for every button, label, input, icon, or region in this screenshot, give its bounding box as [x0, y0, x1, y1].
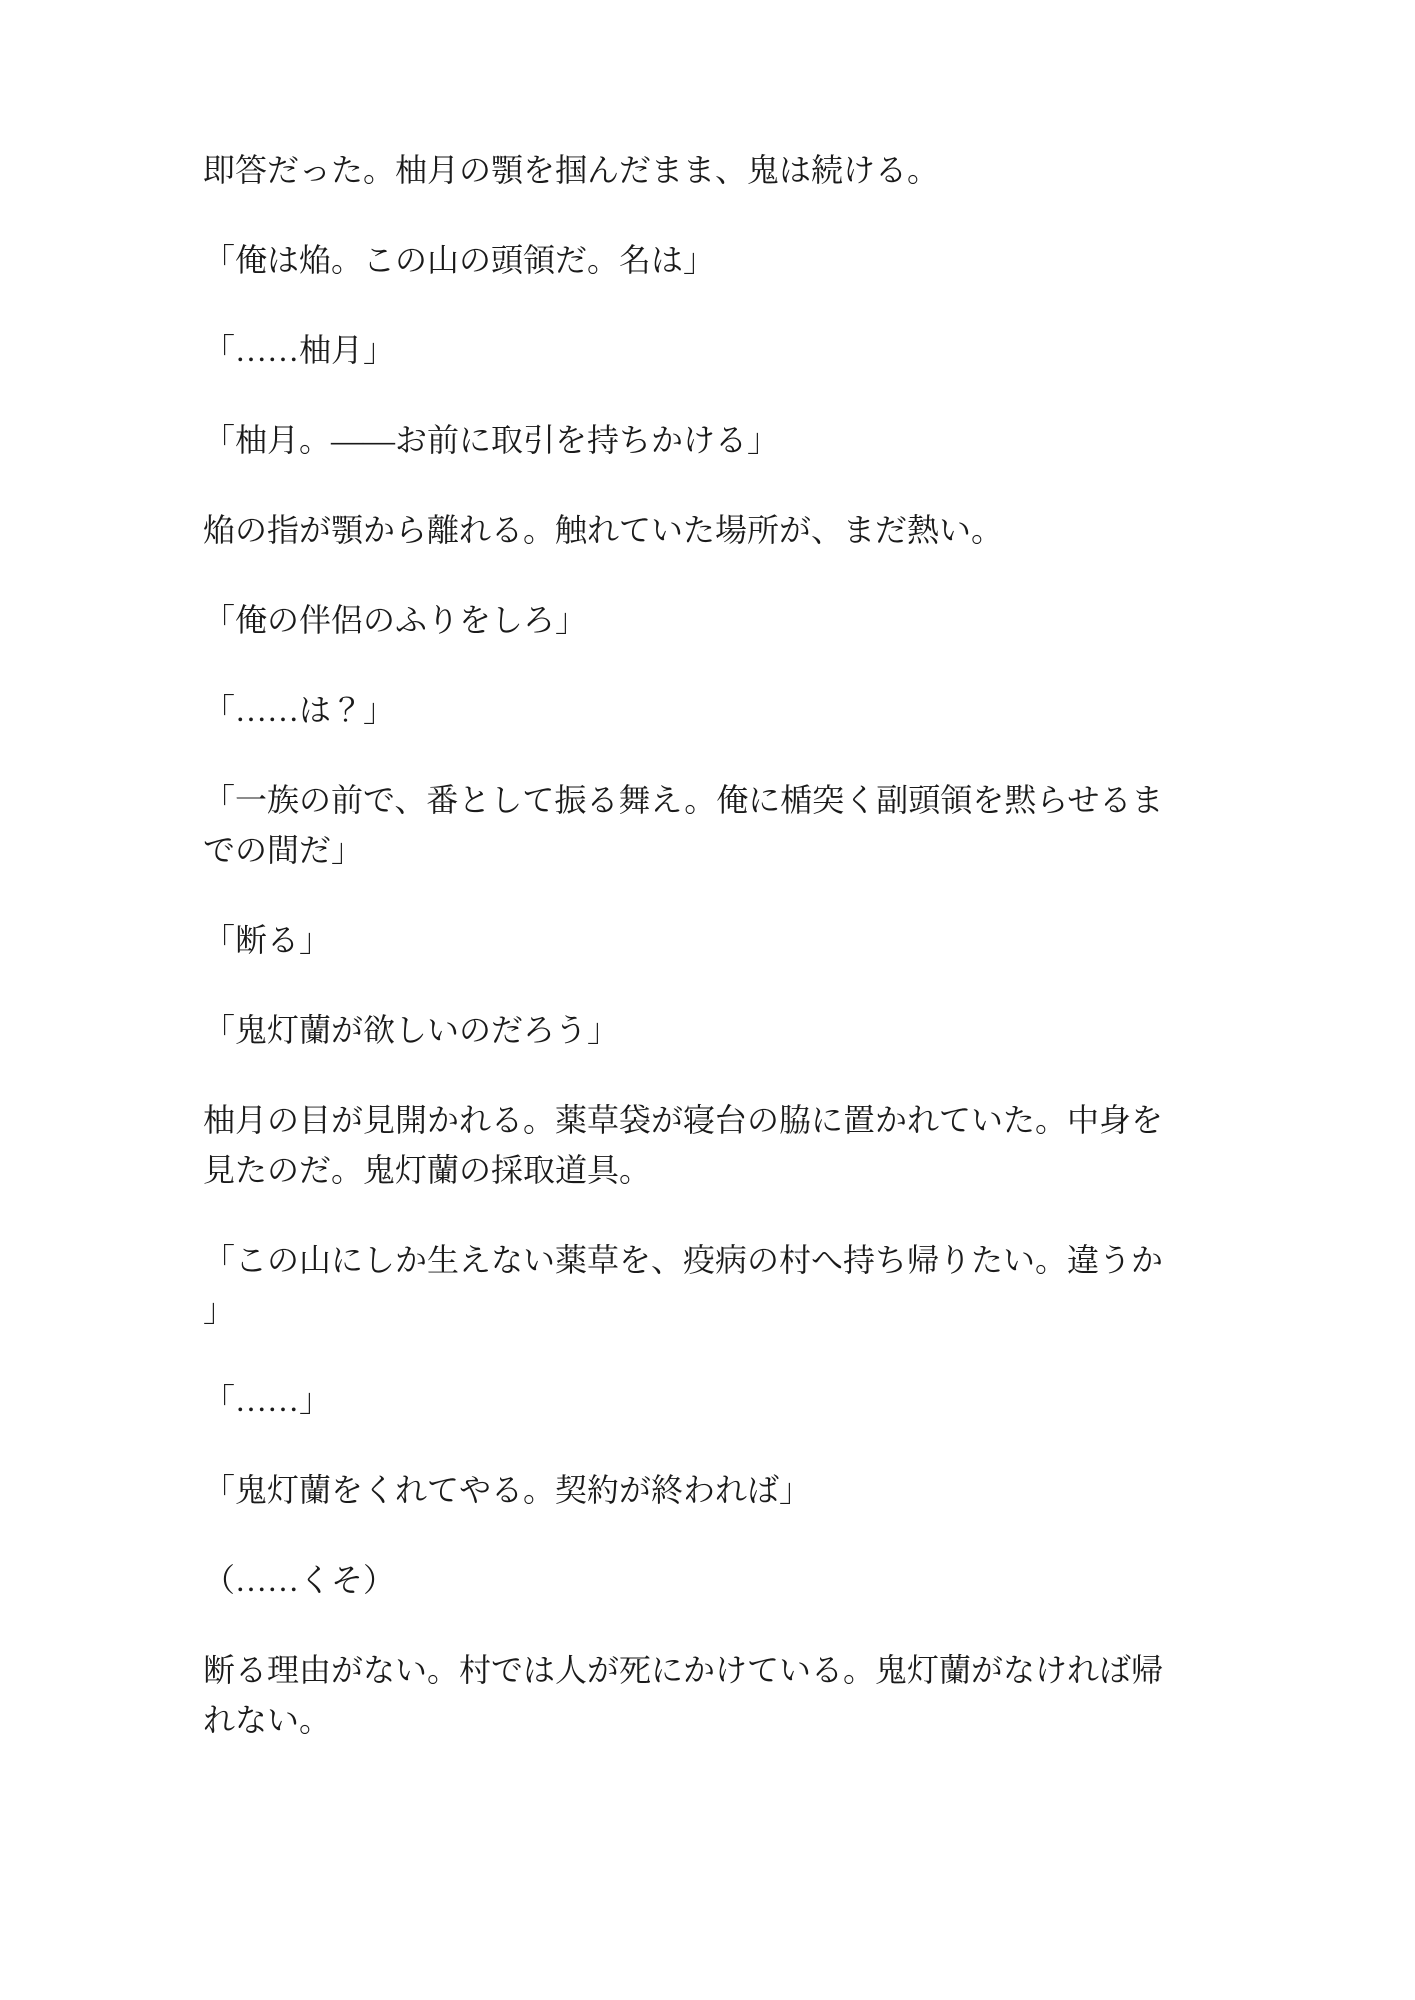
- dialogue-paragraph: 「俺の伴侶のふりをしろ」: [203, 595, 1205, 645]
- dialogue-paragraph: 「この山にしか生えない薬草を、疫病の村へ持ち帰りたい。違うか 」: [203, 1235, 1205, 1335]
- dialogue-paragraph: 「断る」: [203, 915, 1205, 965]
- narration-paragraph: 断る理由がない。村では人が死にかけている。鬼灯蘭がなければ帰 れない。: [203, 1645, 1205, 1745]
- dialogue-paragraph: 「柚月。――お前に取引を持ちかける」: [203, 415, 1205, 465]
- story-text-block: 即答だった。柚月の顎を掴んだまま、鬼は続ける。 「俺は焔。この山の頭領だ。名は」…: [203, 145, 1205, 1745]
- dialogue-paragraph: 「……は？」: [203, 685, 1205, 735]
- narration-paragraph: 柚月の目が見開かれる。薬草袋が寝台の脇に置かれていた。中身を 見たのだ。鬼灯蘭の…: [203, 1095, 1205, 1195]
- dialogue-paragraph: 「俺は焔。この山の頭領だ。名は」: [203, 235, 1205, 285]
- dialogue-paragraph: 「……柚月」: [203, 325, 1205, 375]
- dialogue-paragraph: 「鬼灯蘭をくれてやる。契約が終われば」: [203, 1465, 1205, 1515]
- narration-paragraph: 即答だった。柚月の顎を掴んだまま、鬼は続ける。: [203, 145, 1205, 195]
- document-page: 即答だった。柚月の顎を掴んだまま、鬼は続ける。 「俺は焔。この山の頭領だ。名は」…: [0, 0, 1415, 2000]
- dialogue-paragraph: 「一族の前で、番として振る舞え。俺に楯突く副頭領を黙らせるま での間だ」: [203, 775, 1205, 875]
- dialogue-paragraph: 「……」: [203, 1375, 1205, 1425]
- thought-paragraph: （……くそ）: [203, 1555, 1205, 1605]
- dialogue-paragraph: 「鬼灯蘭が欲しいのだろう」: [203, 1005, 1205, 1055]
- narration-paragraph: 焔の指が顎から離れる。触れていた場所が、まだ熱い。: [203, 505, 1205, 555]
